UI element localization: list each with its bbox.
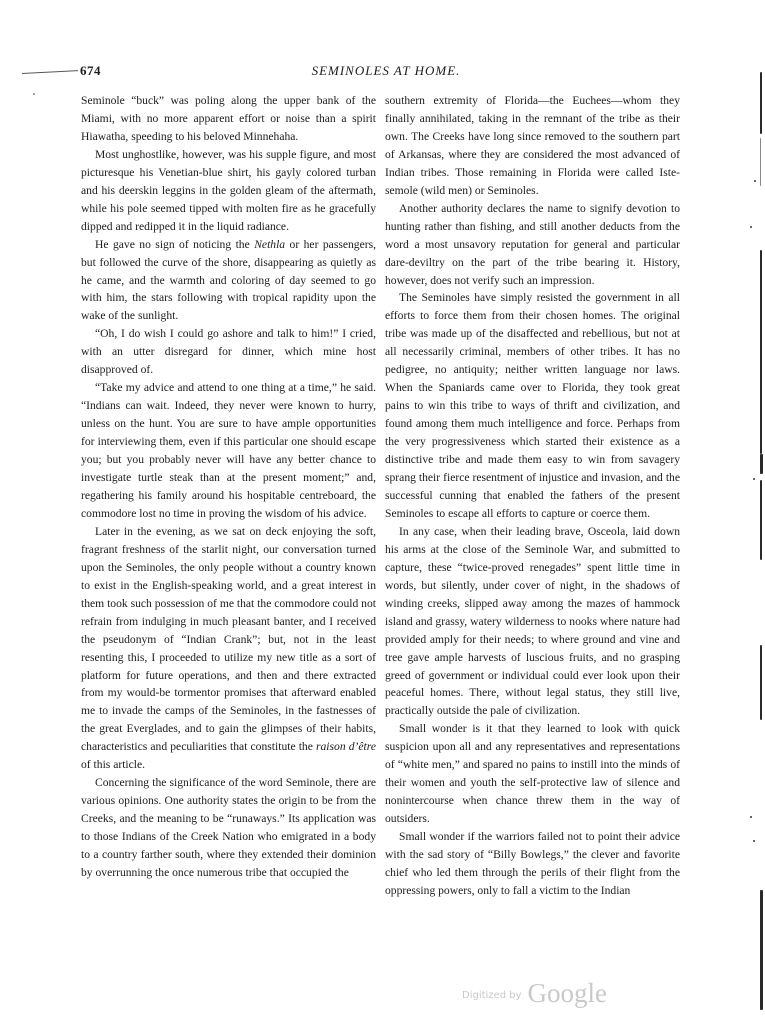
paragraph: He gave no sign of noticing the Nethla o… xyxy=(81,236,376,326)
binding-edge-line xyxy=(760,454,763,474)
paragraph: Another authority declares the name to s… xyxy=(385,200,680,290)
paragraph: Later in the evening, as we sat on deck … xyxy=(81,523,376,774)
scan-speck xyxy=(750,226,752,228)
binding-edge-line xyxy=(760,138,761,186)
scan-speck xyxy=(750,816,752,818)
paragraph: Most unghostlike, however, was his suppl… xyxy=(81,146,376,236)
right-column: southern extremity of Florida—the Euchee… xyxy=(385,92,680,900)
left-column: Seminole “buck” was poling along the upp… xyxy=(81,92,376,882)
paragraph: Seminole “buck” was poling along the upp… xyxy=(81,92,376,146)
binding-edge-line xyxy=(760,480,762,560)
paragraph: Concerning the significance of the word … xyxy=(81,774,376,882)
binding-edge-line xyxy=(760,890,763,1010)
margin-pencil-mark xyxy=(22,70,78,74)
paragraph: Small wonder if the warriors failed not … xyxy=(385,828,680,900)
scan-speck xyxy=(753,840,755,842)
page-header: 674 SEMINOLES AT HOME. xyxy=(80,63,692,83)
binding-edge-line xyxy=(760,72,762,134)
digitized-by-google-watermark: Digitized by Google xyxy=(462,978,607,1009)
binding-edge-line xyxy=(760,645,762,720)
paragraph: In any case, when their leading brave, O… xyxy=(385,523,680,720)
scan-speck xyxy=(33,93,35,95)
paragraph: The Seminoles have simply resisted the g… xyxy=(385,289,680,522)
paragraph: “Take my advice and attend to one thing … xyxy=(81,379,376,523)
italic-phrase: raison d’être xyxy=(316,740,376,753)
scanned-book-page: 674 SEMINOLES AT HOME. Seminole “buck” w… xyxy=(0,0,765,1023)
text-run: He gave no sign of noticing the xyxy=(95,238,254,251)
scan-speck xyxy=(754,180,756,182)
watermark-prefix: Digitized by xyxy=(462,990,522,1001)
text-run: Later in the evening, as we sat on deck … xyxy=(81,525,376,753)
google-logo-text: Google xyxy=(528,978,607,1008)
paragraph: “Oh, I do wish I could go ashore and tal… xyxy=(81,325,376,379)
paragraph: southern extremity of Florida—the Euchee… xyxy=(385,92,680,200)
running-title: SEMINOLES AT HOME. xyxy=(80,63,692,79)
binding-edge-line xyxy=(760,250,762,454)
ship-name-italic: Nethla xyxy=(254,238,285,251)
scan-speck xyxy=(753,478,755,480)
paragraph: Small wonder is it that they learned to … xyxy=(385,720,680,828)
text-run: of this article. xyxy=(81,758,145,771)
